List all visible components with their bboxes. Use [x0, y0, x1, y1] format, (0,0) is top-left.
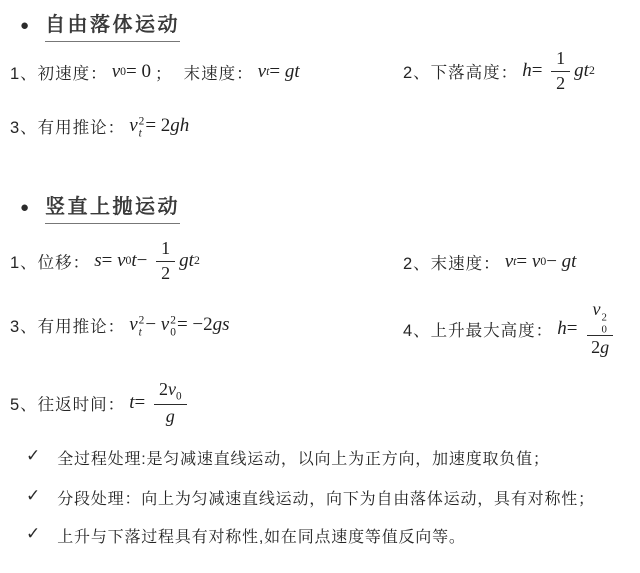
bullet-icon: ● — [20, 200, 29, 215]
note-item-symmetry: ✓ 上升与下落过程具有对称性,如在同点速度等值反向等。 — [26, 524, 466, 547]
formula-item-initial-final-velocity: 1、初速度：v0 = 0； 末速度：vt = gt — [10, 52, 304, 92]
formula-label: 1、初速度： — [10, 60, 108, 84]
note-text: 上升与下落过程具有对称性,如在同点速度等值反向等。 — [57, 524, 465, 547]
formula-item-round-trip-time: 5、往返时间：t = 2v0g — [10, 376, 195, 430]
section-title-vertical-throw: 竖直上抛运动 — [45, 190, 180, 224]
physics-formula-notes-page: ● 自由落体运动 1、初速度：v0 = 0； 末速度：vt = gt 2、下落高… — [0, 0, 640, 573]
formula-item-fall-height: 2、下落高度：h = 12gt2 — [403, 44, 599, 98]
check-icon: ✓ — [26, 446, 40, 466]
formula-label: ； 末速度： — [155, 60, 254, 84]
note-item-segmented: ✓ 分段处理：向上为匀减速直线运动，向下为自由落体运动，具有对称性； — [26, 486, 595, 509]
formula-label: 1、位移： — [10, 249, 90, 273]
formula-math: v0 = 0 — [112, 61, 151, 83]
formula-label: 2、下落高度： — [403, 59, 518, 83]
formula-label: 2、末速度： — [403, 250, 501, 274]
formula-item-displacement: 1、位移：s = v0t − 12gt2 — [10, 232, 204, 290]
check-icon: ✓ — [26, 486, 40, 506]
note-text: 全过程处理:是匀减速直线运动，以向上为正方向，加速度取负值； — [57, 446, 549, 469]
formula-label: 4、上升最大高度： — [403, 317, 553, 341]
section-title-free-fall: 自由落体运动 — [45, 8, 180, 42]
formula-math: v2t = 2gh — [129, 114, 189, 139]
section-heading-free-fall: ● 自由落体运动 — [20, 8, 180, 42]
formula-math: h = v202g — [557, 299, 618, 359]
note-item-whole-process: ✓ 全过程处理:是匀减速直线运动，以向上为正方向，加速度取负值； — [26, 446, 550, 469]
formula-item-max-height: 4、上升最大高度：h = v202g — [403, 292, 622, 366]
formula-math: vt = v0 − gt — [505, 251, 577, 273]
note-text: 分段处理：向上为匀减速直线运动，向下为自由落体运动，具有对称性； — [57, 486, 595, 509]
formula-math: vt = gt — [258, 61, 300, 83]
bullet-icon: ● — [20, 18, 29, 33]
formula-item-useful-corollary-freefall: 3、有用推论：v2t = 2gh — [10, 106, 193, 146]
formula-item-useful-corollary-throw: 3、有用推论：v2t − v20 = −2gs — [10, 305, 234, 345]
formula-label: 3、有用推论： — [10, 114, 125, 138]
formula-math: t = 2v0g — [129, 379, 190, 427]
formula-label: 5、往返时间： — [10, 391, 125, 415]
check-icon: ✓ — [26, 524, 40, 544]
formula-math: h = 12gt2 — [522, 48, 595, 94]
formula-label: 3、有用推论： — [10, 313, 125, 337]
formula-math: v2t − v20 = −2gs — [129, 313, 229, 338]
formula-item-final-velocity: 2、末速度：vt = v0 − gt — [403, 242, 580, 282]
formula-math: s = v0t − 12gt2 — [94, 238, 200, 284]
section-heading-vertical-throw: ● 竖直上抛运动 — [20, 190, 180, 224]
